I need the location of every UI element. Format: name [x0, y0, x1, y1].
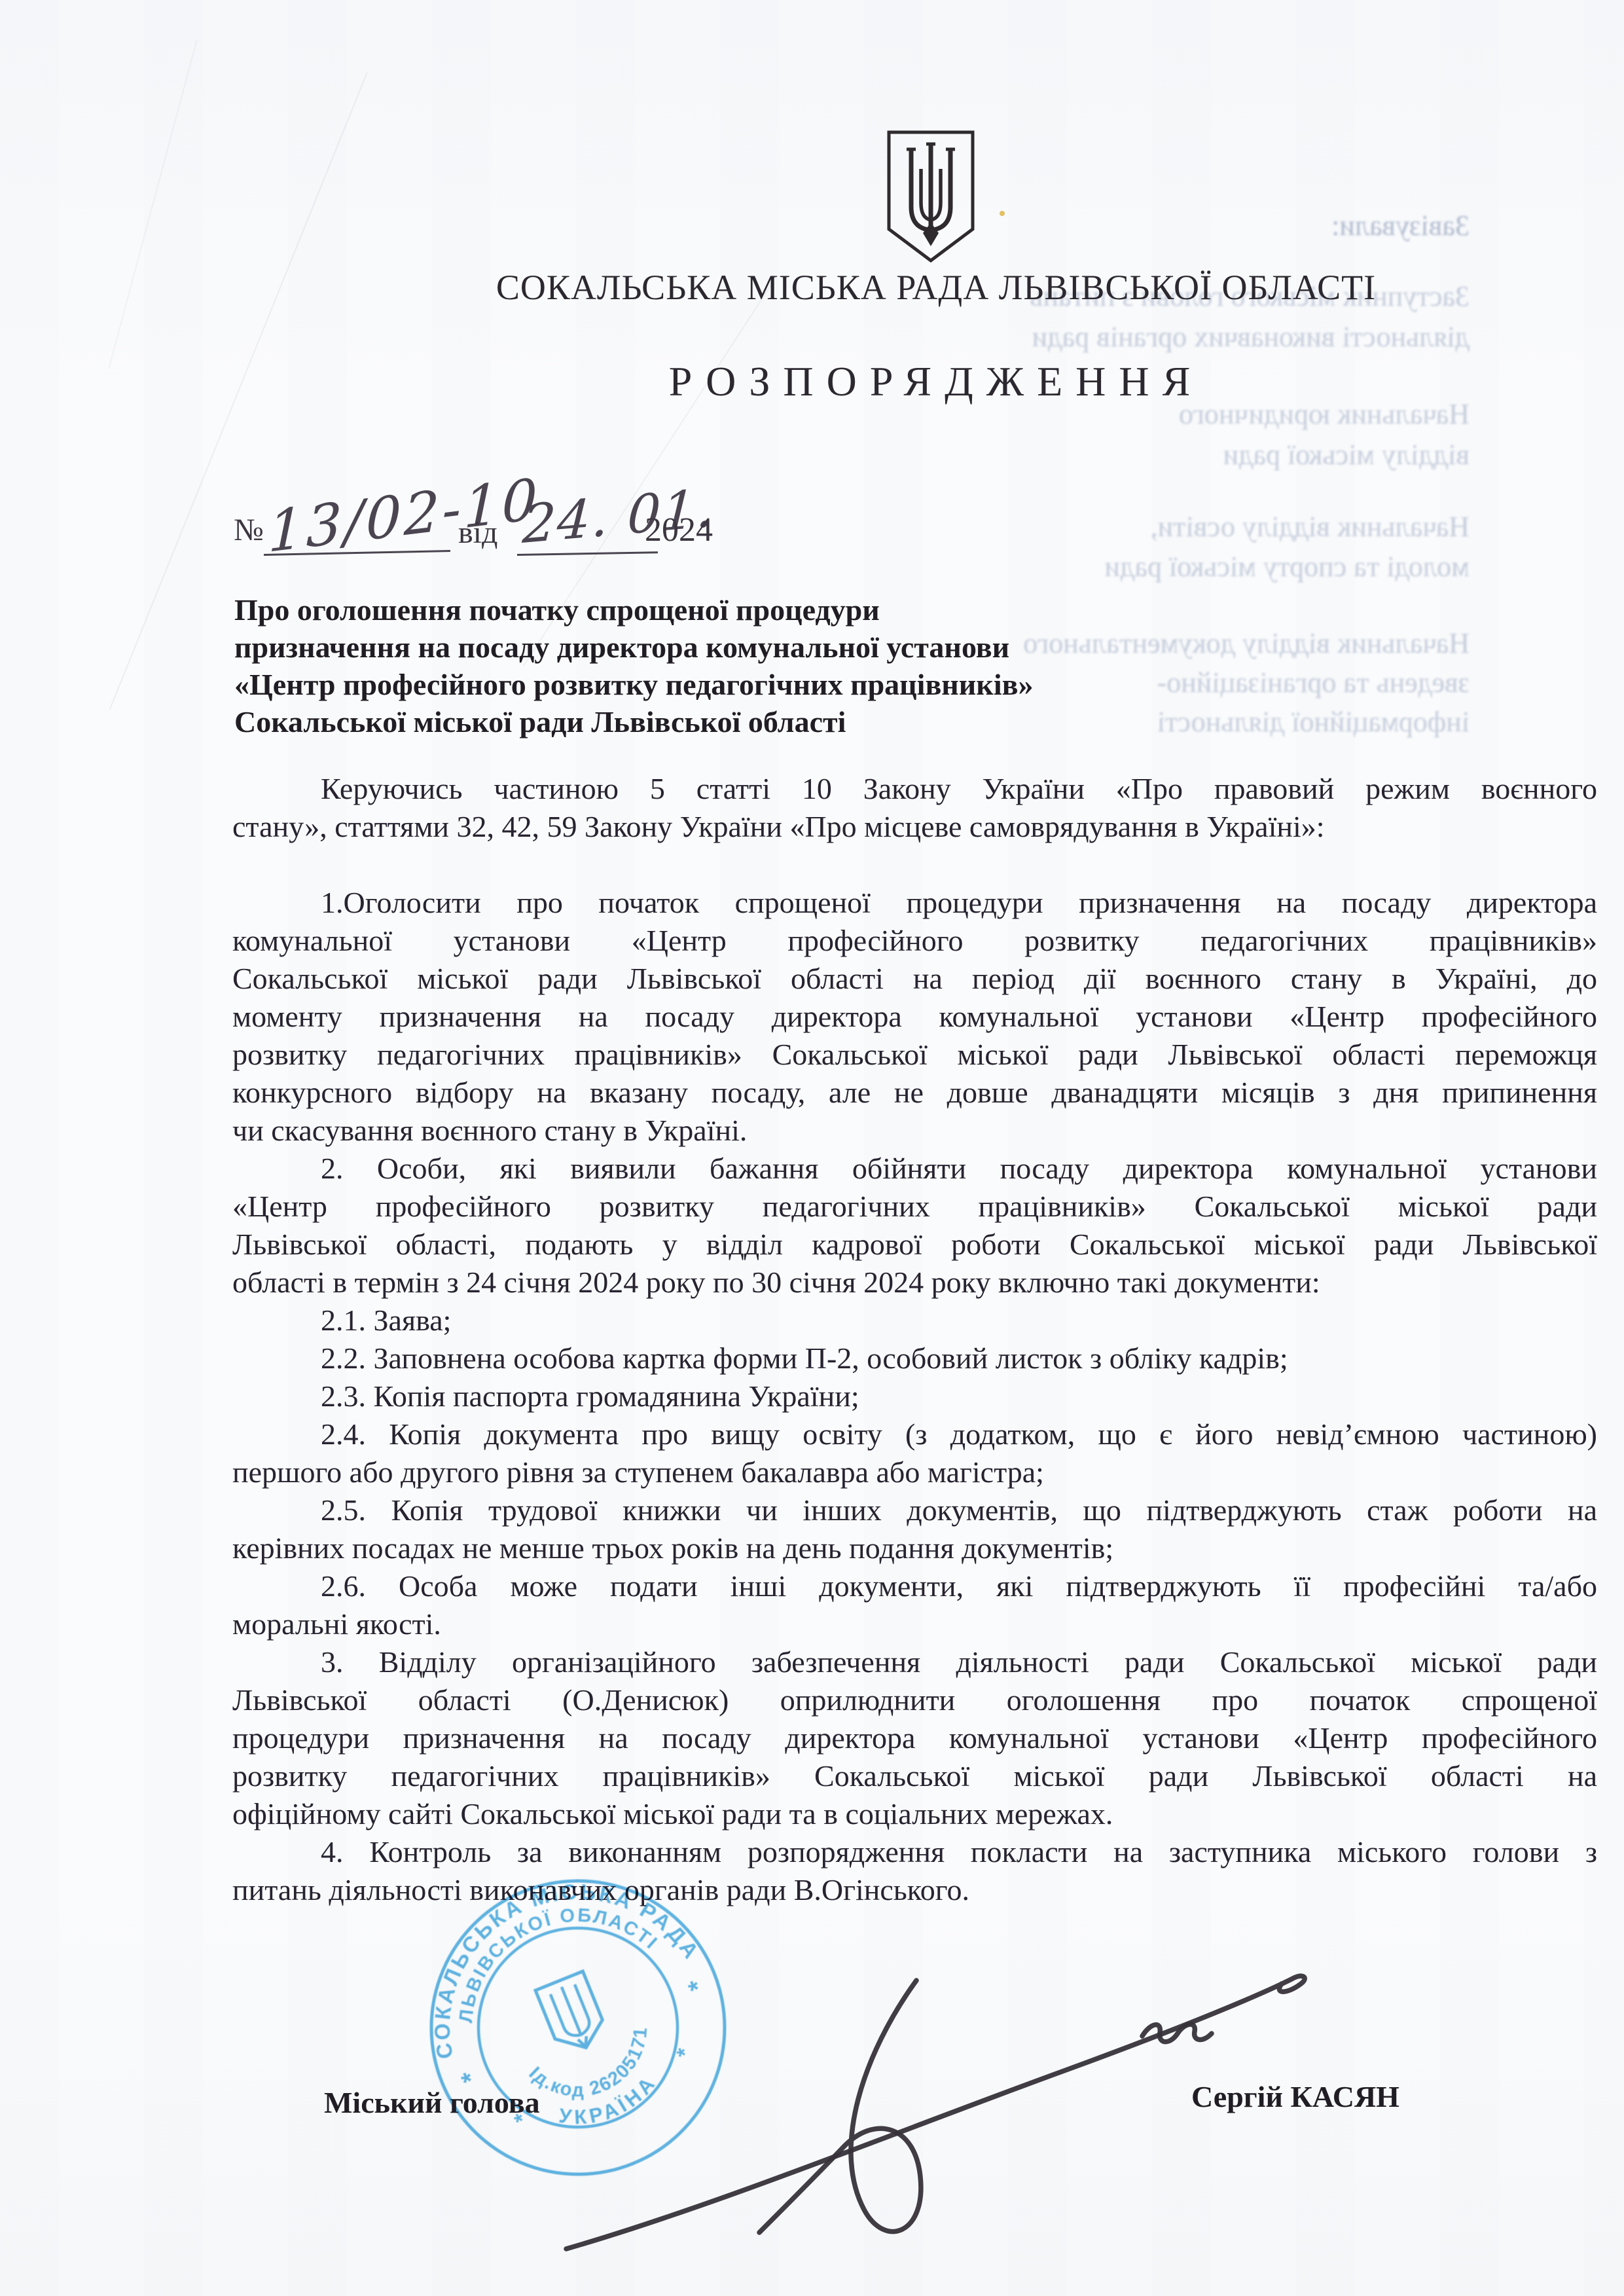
body-line: Керуючись частиною 5 статті 10 Закону Ук… [232, 770, 1597, 808]
body-line: чи скасування воєнного стану в Україні. [232, 1112, 1597, 1150]
bleed-through-line: Начальник відділу освіти, [1103, 511, 1470, 543]
body-line: розвитку педагогічних працівників» Сокал… [232, 1757, 1597, 1795]
body-line: 1.Оголосити про початок спрощеної процед… [232, 884, 1597, 922]
subject-line: Сокальської міської ради Львівської обла… [234, 703, 1347, 740]
body-line: керівних посадах не менше трьох років на… [232, 1529, 1597, 1567]
document-type-title: РОЗПОРЯДЖЕННЯ [249, 357, 1623, 406]
body-line: 2.1. Заява; [232, 1302, 1597, 1339]
tryzub-emblem [885, 130, 977, 264]
bleed-through-line: діяльності виконавчих органів ради [972, 321, 1470, 354]
body-line: моменту призначення на посаду директора … [232, 998, 1597, 1036]
scan-speck [1000, 211, 1005, 216]
body-line: комунальної установи «Центр професійного… [232, 922, 1597, 960]
body-line: 2.5. Копія трудової книжки чи інших доку… [232, 1491, 1597, 1529]
bleed-through-line: молоді та спорту міської ради [1051, 551, 1470, 583]
bleed-through-line: Завізували: [1273, 210, 1470, 242]
body-line: Сокальської міської ради Львівської обла… [232, 960, 1597, 998]
year-value: 2024 [645, 511, 713, 549]
body-line: області в термін з 24 січня 2024 року по… [232, 1264, 1597, 1302]
body-line: 2.2. Заповнена особова картка форми П-2,… [232, 1339, 1597, 1377]
body-line: моральні якості. [232, 1605, 1597, 1643]
body-line: конкурсного відбору на вказану посаду, а… [232, 1074, 1597, 1112]
number-label: № [234, 512, 264, 548]
date-preposition: від [458, 515, 497, 551]
body-line: 2.4. Копія документа про вищу освіту (з … [232, 1415, 1597, 1453]
body-line: офіційному сайті Сокальської міської рад… [232, 1795, 1597, 1833]
subject-line: Про оголошення початку спрощеної процеду… [234, 591, 1347, 629]
subject-line: «Центр професійного розвитку педагогічни… [234, 666, 1347, 703]
signer-name: Сергій КАСЯН [1191, 2079, 1399, 2114]
bleed-through-line: відділу міської ради [1162, 439, 1470, 471]
body-line: 3. Відділу організаційного забезпечення … [232, 1643, 1597, 1681]
body-line: 4. Контроль за виконанням розпорядження … [232, 1833, 1597, 1871]
body-line: «Центр професійного розвитку педагогічни… [232, 1188, 1597, 1226]
document-body: Керуючись частиною 5 статті 10 Закону Ук… [232, 770, 1597, 1909]
scan-crease [108, 39, 198, 369]
body-line: Львівської області (О.Денисюк) оприлюдни… [232, 1681, 1597, 1719]
organization-title: СОКАЛЬСЬКА МІСЬКА РАДА ЛЬВІВСЬКОЇ ОБЛАСТ… [249, 267, 1623, 308]
body-line: 2.3. Копія паспорта громадянина України; [232, 1377, 1597, 1415]
body-line: розвитку педагогічних працівників» Сокал… [232, 1036, 1597, 1074]
body-line: Львівської області, подають у відділ кад… [232, 1226, 1597, 1264]
scanned-document-page: Завізували:Заступник міського голови з п… [0, 0, 1624, 2296]
signer-position: Міський голова [324, 2085, 540, 2120]
body-line: питань діяльності виконавчих органів рад… [232, 1871, 1597, 1909]
body-line: 2.6. Особа може подати інші документи, я… [232, 1567, 1597, 1605]
body-line: процедури призначення на посаду директор… [232, 1719, 1597, 1757]
body-line: стану», статтями 32, 42, 59 Закону Украї… [232, 808, 1597, 846]
blank-line [232, 846, 1597, 884]
subject-block: Про оголошення початку спрощеної процеду… [234, 591, 1347, 740]
body-line: першого або другого рівня за ступенем ба… [232, 1453, 1597, 1491]
body-line: 2. Особи, які виявили бажання обійняти п… [232, 1150, 1597, 1188]
subject-line: призначення на посаду директора комуналь… [234, 629, 1347, 666]
